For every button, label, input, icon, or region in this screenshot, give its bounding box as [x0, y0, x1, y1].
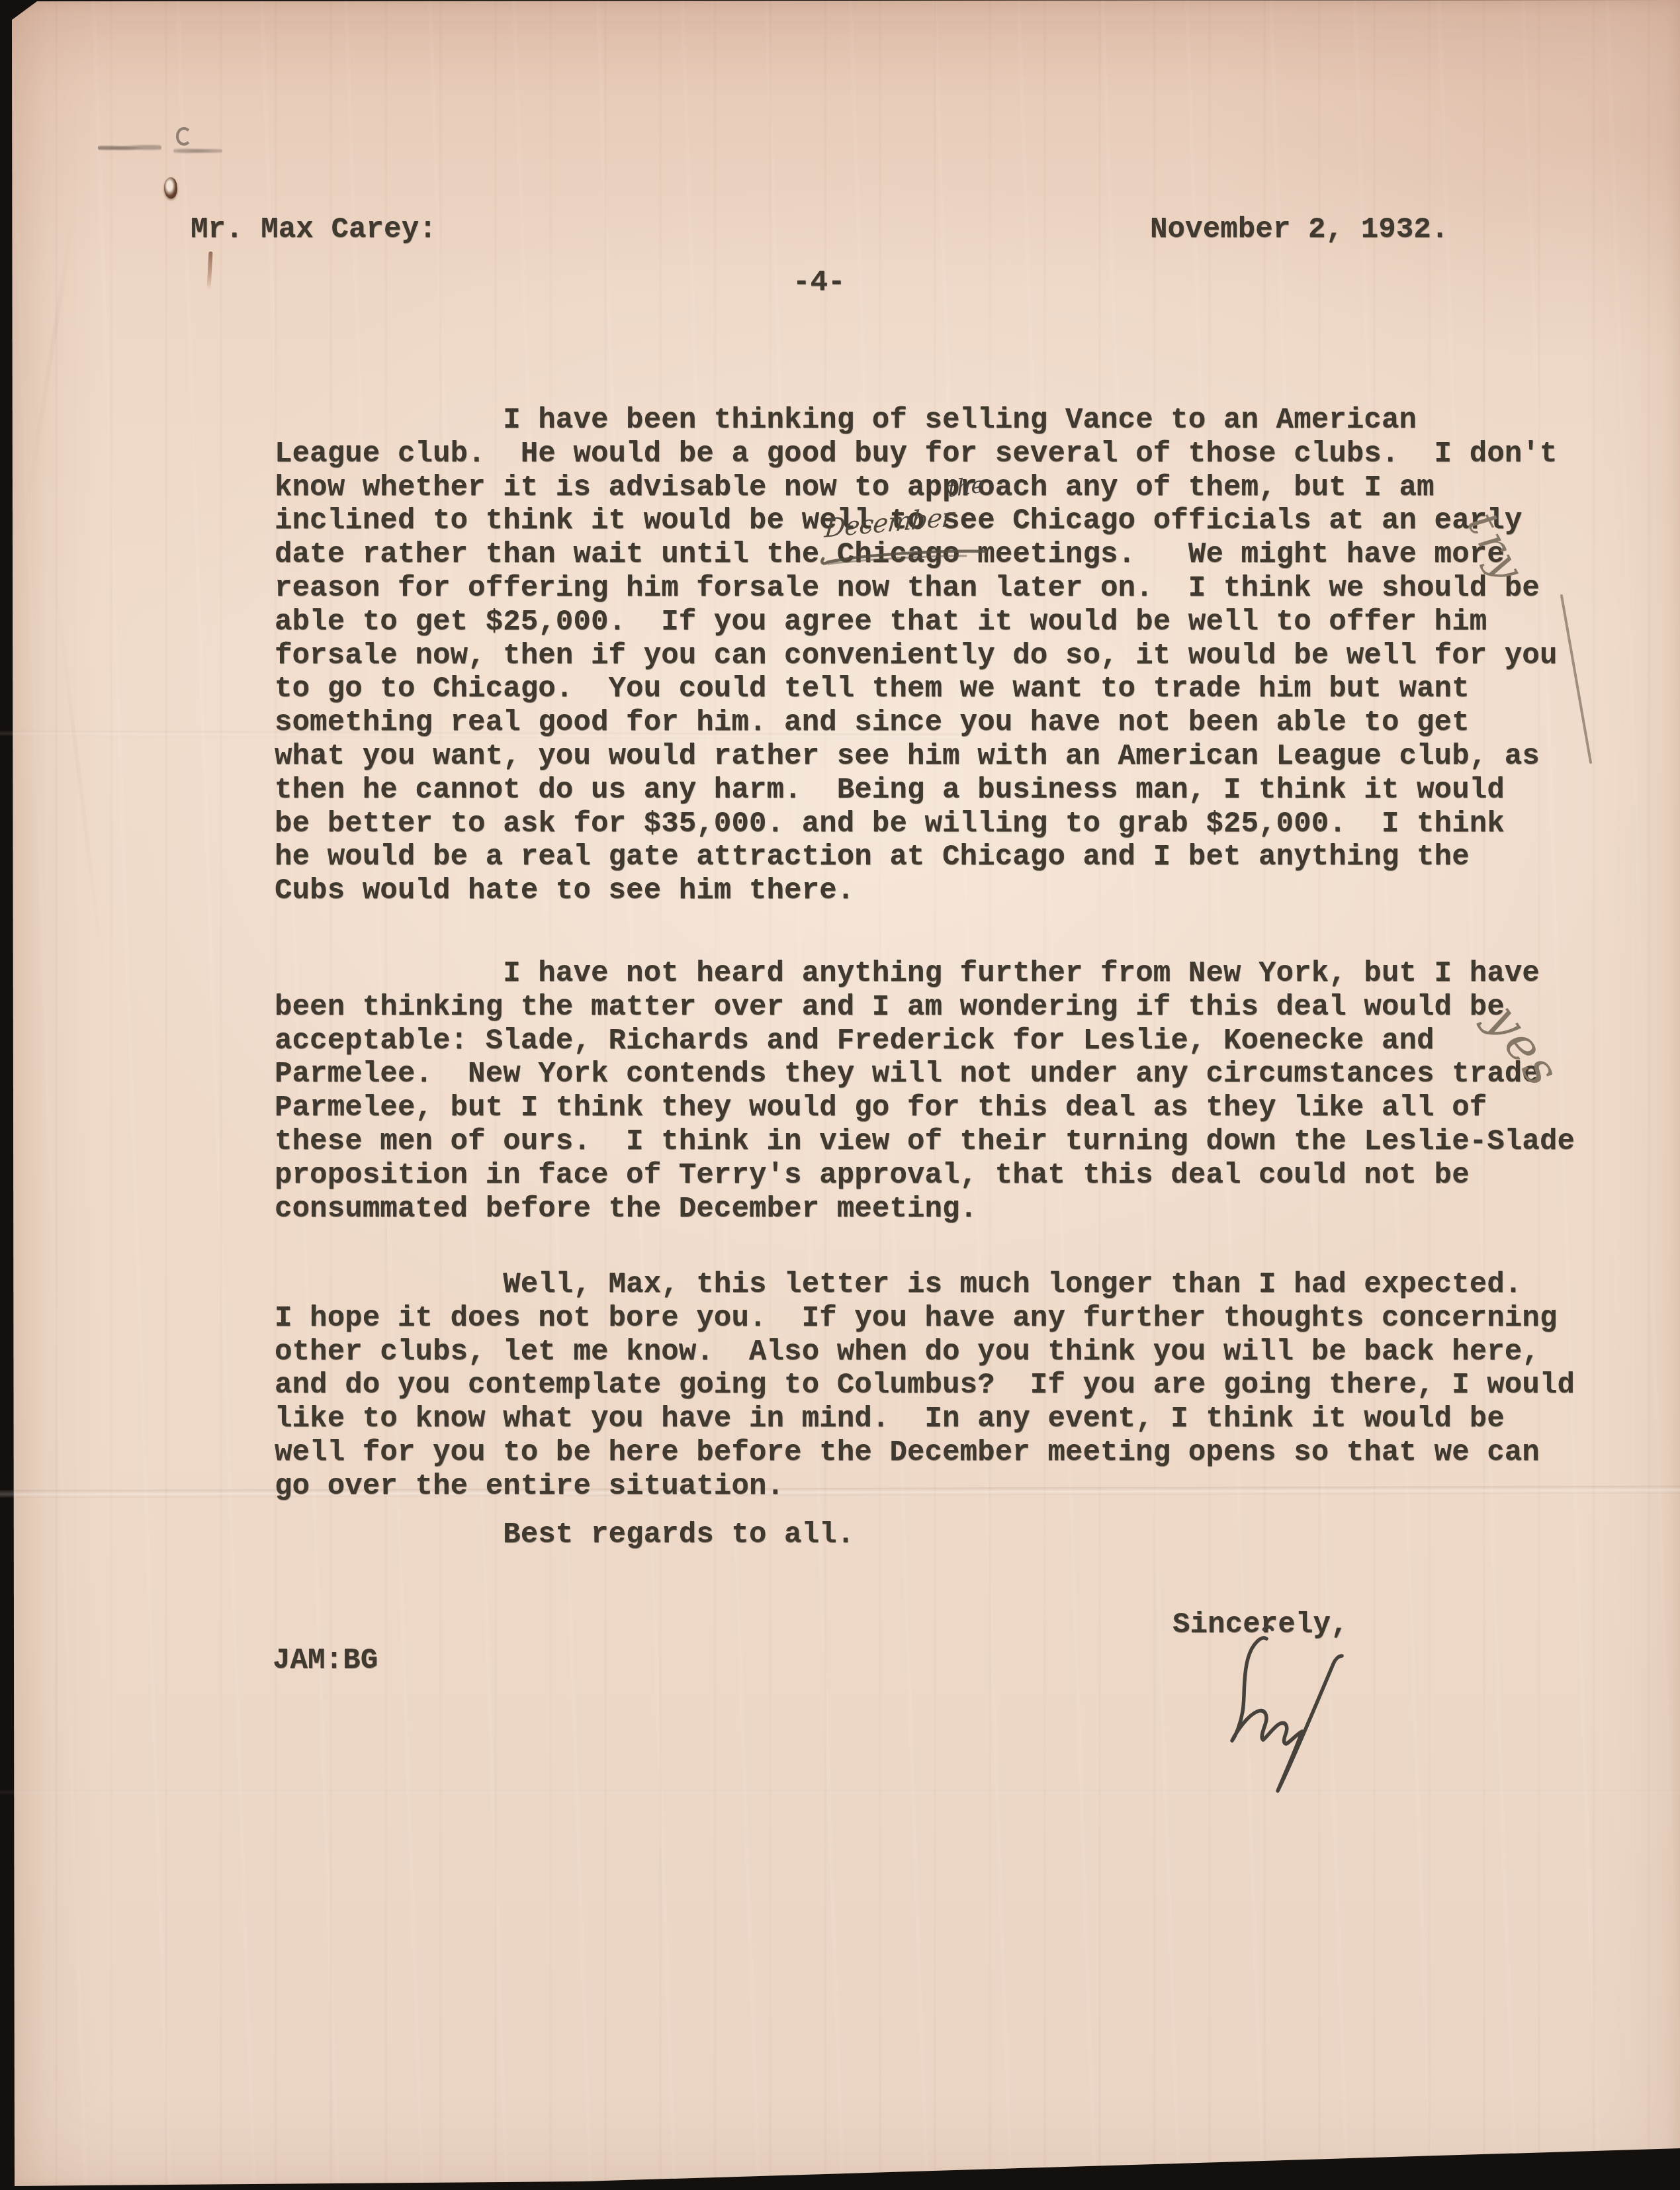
typist-initials: JAM:BG: [273, 1644, 378, 1678]
recipient-line: Mr. Max Carey:: [191, 213, 437, 247]
date-line: November 2, 1932.: [1150, 213, 1448, 247]
paragraph-vance-sale: I have been thinking of selling Vance to…: [275, 404, 1557, 908]
scanned-letter-page: Mr. Max Carey: November 2, 1932. -4- I h…: [0, 0, 1680, 2190]
handwritten-insertion-the: the: [948, 471, 985, 503]
closing-line: Best regards to all.: [275, 1518, 854, 1552]
paragraph-closing-thoughts: Well, Max, this letter is much longer th…: [275, 1268, 1575, 1504]
strikethrough-scribble: [819, 544, 991, 570]
margin-note-try-tail: [1542, 589, 1621, 774]
page-number: -4-: [793, 266, 846, 300]
paragraph-new-york-deal: I have not heard anything further from N…: [275, 957, 1575, 1226]
signature-jim: [1203, 1623, 1362, 1808]
